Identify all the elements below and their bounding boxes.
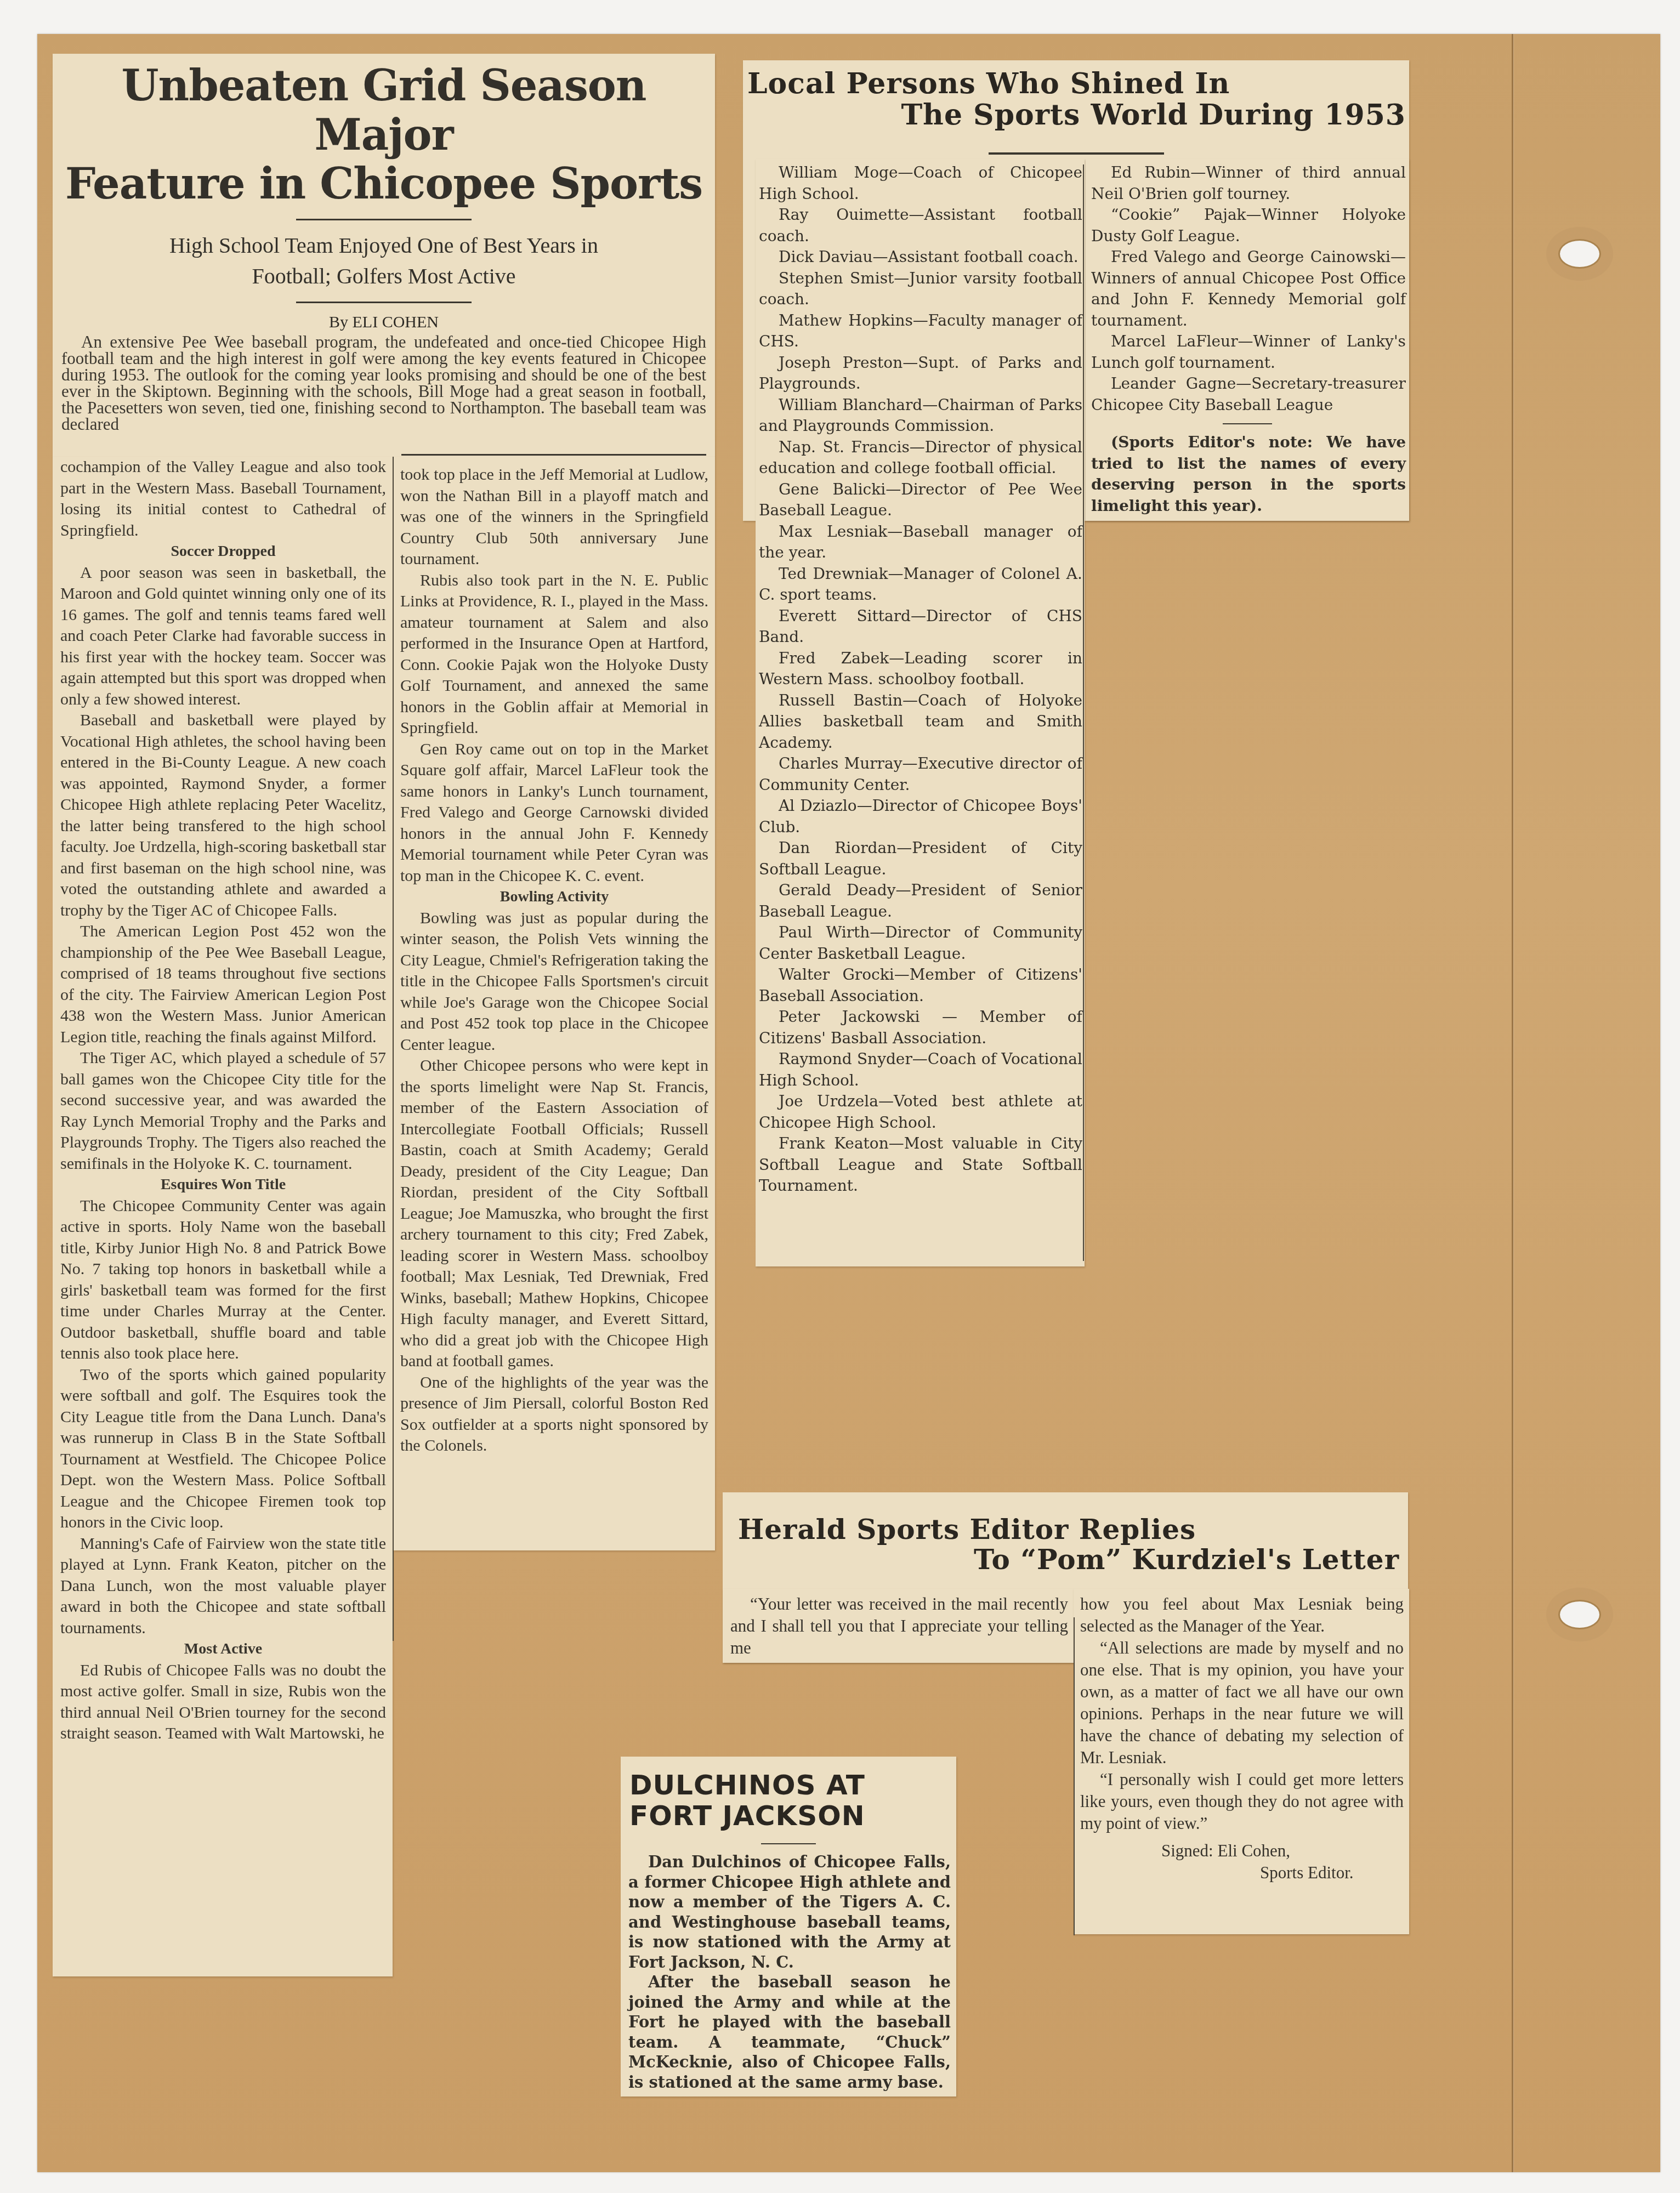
signature-title: Sports Editor. [1074, 1862, 1409, 1884]
article-paragraph: Gen Roy came out on top in the Market Sq… [400, 739, 708, 887]
section-subhead: Most Active [60, 1639, 386, 1660]
article-paragraph: The Tiger AC, which played a schedule of… [60, 1048, 386, 1174]
section-subhead: Esquires Won Title [60, 1174, 386, 1196]
dulchinos-paragraph: After the baseball season he joined the … [628, 1972, 951, 2092]
article-paragraph: A poor season was seen in basketball, th… [60, 563, 386, 711]
article-paragraph: Manning's Cafe of Fairview won the state… [60, 1533, 386, 1639]
herald-headline-line2: To “Pom” Kurdziel's Letter [723, 1544, 1408, 1575]
main-article-column-2: took top place in the Jeff Memorial at L… [394, 457, 715, 1550]
person-entry: Peter Jackowski — Member of Citizens' Ba… [759, 1007, 1082, 1049]
local-persons-rule [989, 152, 1164, 155]
herald-paragraph: how you feel about Max Lesniak being sel… [1080, 1593, 1404, 1637]
person-entry: Gerald Deady—President of Senior Basebal… [759, 880, 1082, 922]
person-entry: Everett Sittard—Director of CHS Band. [759, 606, 1082, 648]
article-paragraph: Rubis also took part in the N. E. Public… [400, 570, 708, 739]
byline: By ELI COHEN [53, 313, 715, 332]
binder-hole-top [1558, 239, 1601, 269]
herald-divider [1074, 1617, 1075, 1935]
dulchinos-clipping: DULCHINOS AT FORT JACKSON Dan Dulchinos … [621, 1757, 956, 2097]
person-entry: Ted Drewniak—Manager of Colonel A. C. sp… [759, 564, 1082, 606]
article-paragraph: took top place in the Jeff Memorial at L… [400, 464, 708, 570]
person-entry: William Moge—Coach of Chicopee High Scho… [759, 162, 1082, 204]
binder-hole-bottom [1558, 1600, 1601, 1629]
person-entry: Frank Keaton—Most valuable in City Softb… [759, 1133, 1082, 1197]
article-paragraph: Ed Rubis of Chicopee Falls was no doubt … [60, 1660, 386, 1745]
herald-reply-column-1: “Your letter was received in the mail re… [723, 1589, 1074, 1663]
section-subhead: Bowling Activity [400, 887, 708, 908]
section-subhead: Soccer Dropped [60, 541, 386, 563]
herald-headline-line1: Herald Sports Editor Replies [723, 1492, 1408, 1544]
person-entry: Raymond Snyder—Coach of Vocational High … [759, 1049, 1082, 1091]
article-paragraph: Two of the sports which gained popularit… [60, 1365, 386, 1533]
local-persons-column-2: Ed Rubin—Winner of third annual Neil O'B… [1086, 159, 1409, 521]
dulchinos-paragraph: Dan Dulchinos of Chicopee Falls, a forme… [628, 1852, 951, 1972]
person-entry: Stephen Smist—Junior varsity football co… [759, 268, 1082, 310]
person-entry: Dick Daviau—Assistant football coach. [759, 247, 1082, 268]
person-entry: Ed Rubin—Winner of third annual Neil O'B… [1091, 162, 1406, 204]
main-subheadline-line2: Football; Golfers Most Active [53, 261, 715, 292]
main-subheadline-line1: High School Team Enjoyed One of Best Yea… [53, 230, 715, 261]
local-persons-headline-line2: The Sports World During 1953 [743, 99, 1409, 130]
person-entry: Fred Zabek—Leading scorer in Western Mas… [759, 648, 1082, 690]
binding-fold-line [1512, 34, 1513, 2172]
editor-note: (Sports Editor's note: We have tried to … [1091, 432, 1406, 516]
headline-rule [296, 219, 472, 220]
dulchinos-rule [761, 1843, 816, 1844]
person-entry: “Cookie” Pajak—Winner Holyoke Dusty Golf… [1091, 204, 1406, 247]
person-entry: Russell Bastin—Coach of Holyoke Allies b… [759, 690, 1082, 754]
herald-reply-column-2: how you feel about Max Lesniak being sel… [1074, 1589, 1409, 1934]
main-headline-line2: Feature in Chicopee Sports [53, 160, 715, 209]
herald-paragraph: “I personally wish I could get more lett… [1080, 1769, 1404, 1834]
article-paragraph: Baseball and basketball were played by V… [60, 710, 386, 921]
person-entry: Leander Gagne—Secretary-treasurer Chicop… [1091, 373, 1406, 416]
dulchinos-headline-line1: DULCHINOS AT [621, 1757, 956, 1800]
person-entry: Al Dziazlo—Director of Chicopee Boys' Cl… [759, 796, 1082, 838]
person-entry: Ray Ouimette—Assistant football coach. [759, 204, 1082, 247]
person-entry: Paul Wirth—Director of Community Center … [759, 922, 1082, 964]
editor-note-rule [1223, 423, 1272, 424]
person-entry: Walter Grocki—Member of Citizens' Baseba… [759, 964, 1082, 1007]
person-entry: Gene Balicki—Director of Pee Wee Basebal… [759, 479, 1082, 521]
subheadline-rule [296, 302, 472, 303]
article-paragraph: The American Legion Post 452 won the cha… [60, 921, 386, 1048]
person-entry: Max Lesniak—Baseball manager of the year… [759, 521, 1082, 564]
herald-column1-text: “Your letter was received in the mail re… [730, 1593, 1068, 1659]
main-headline-line1: Unbeaten Grid Season Major [53, 61, 715, 160]
article-paragraph: Other Chicopee persons who were kept in … [400, 1055, 708, 1372]
column-rule [401, 454, 706, 456]
person-entry: Joseph Preston—Supt. of Parks and Playgr… [759, 353, 1082, 395]
person-entry: Fred Valego and George Cainowski—Winners… [1091, 247, 1406, 331]
person-entry: Marcel LaFleur—Winner of Lanky's Lunch g… [1091, 331, 1406, 373]
dulchinos-headline-line2: FORT JACKSON [621, 1800, 956, 1831]
main-article-column-1: cochampion of the Valley League and also… [53, 457, 393, 1976]
herald-paragraph: “All selections are made by myself and n… [1080, 1637, 1404, 1769]
person-entry: Charles Murray—Executive director of Com… [759, 753, 1082, 796]
article-paragraph: cochampion of the Valley League and also… [60, 457, 386, 541]
person-entry: Dan Riordan—President of City Softball L… [759, 838, 1082, 880]
signature-name: Signed: Eli Cohen, [1074, 1840, 1409, 1862]
person-entry: Nap. St. Francis—Director of physical ed… [759, 437, 1082, 479]
intro-paragraph: An extensive Pee Wee baseball program, t… [61, 334, 706, 433]
local-persons-column-1: William Moge—Coach of Chicopee High Scho… [756, 159, 1085, 1266]
person-entry: Joe Urdzela—Voted best athlete at Chicop… [759, 1091, 1082, 1133]
person-entry: William Blanchard—Chairman of Parks and … [759, 395, 1082, 437]
main-article-header-clipping: Unbeaten Grid Season Major Feature in Ch… [53, 54, 715, 457]
person-entry: Mathew Hopkins—Faculty manager of CHS. [759, 310, 1082, 353]
local-persons-divider [1083, 164, 1084, 1261]
local-persons-headline-line1: Local Persons Who Shined In [743, 60, 1409, 99]
article-paragraph: One of the highlights of the year was th… [400, 1372, 708, 1457]
article-paragraph: The Chicopee Community Center was again … [60, 1196, 386, 1365]
article-paragraph: Bowling was just as popular during the w… [400, 908, 708, 1056]
